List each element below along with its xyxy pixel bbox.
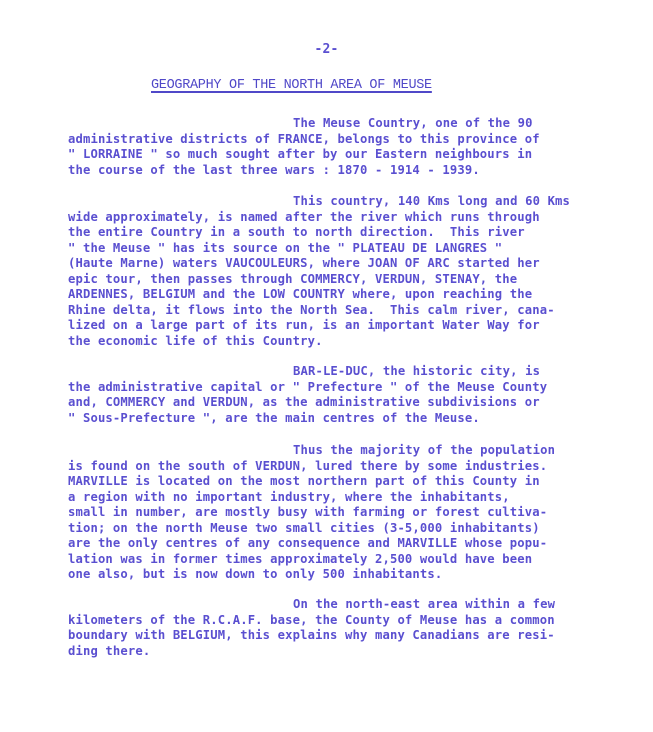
text-line: are the only centres of any consequence … [68,536,588,552]
text-line: tion; on the north Meuse two small citie… [68,521,588,537]
text-line: " Sous-Prefecture ", are the main centre… [68,411,588,427]
text-line: administrative districts of FRANCE, belo… [68,132,588,148]
text-line: Thus the majority of the population [68,443,588,459]
text-line: " the Meuse " has its source on the " PL… [68,241,588,257]
text-line: small in number, are mostly busy with fa… [68,505,588,521]
text-line: MARVILLE is located on the most northern… [68,474,588,490]
text-line: kilometers of the R.C.A.F. base, the Cou… [68,613,588,629]
text-line: ARDENNES, BELGIUM and the LOW COUNTRY wh… [68,287,588,303]
paragraph-river: This country, 140 Kms long and 60 Kms wi… [68,194,588,349]
text-line: the course of the last three wars : 1870… [68,163,588,179]
text-line: the entire Country in a south to north d… [68,225,588,241]
paragraph-rcaf-base: On the north-east area within a few kilo… [68,597,588,659]
paragraph-population: Thus the majority of the population is f… [68,443,588,583]
text-line: epic tour, then passes through COMMERCY,… [68,272,588,288]
text-line: the administrative capital or " Prefectu… [68,380,588,396]
text-line: boundary with BELGIUM, this explains why… [68,628,588,644]
paragraph-meuse-country: The Meuse Country, one of the 90 adminis… [68,116,588,178]
page-number: -2- [0,42,653,57]
paragraph-bar-le-duc: BAR-LE-DUC, the historic city, is the ad… [68,364,588,426]
text-line: a region with no important industry, whe… [68,490,588,506]
text-line: " LORRAINE " so much sought after by our… [68,147,588,163]
text-line: and, COMMERCY and VERDUN, as the adminis… [68,395,588,411]
text-line: is found on the south of VERDUN, lured t… [68,459,588,475]
text-line: ding there. [68,644,588,660]
text-line: (Haute Marne) waters VAUCOULEURS, where … [68,256,588,272]
text-line: The Meuse Country, one of the 90 [68,116,588,132]
text-line: lized on a large part of its run, is an … [68,318,588,334]
text-line: Rhine delta, it flows into the North Sea… [68,303,588,319]
typewritten-page: -2- GEOGRAPHY OF THE NORTH AREA OF MEUSE… [0,0,653,732]
text-line: On the north-east area within a few [68,597,588,613]
text-line: This country, 140 Kms long and 60 Kms [68,194,588,210]
text-line: lation was in former times approximately… [68,552,588,568]
text-line: one also, but is now down to only 500 in… [68,567,588,583]
text-line: wide approximately, is named after the r… [68,210,588,226]
text-line: BAR-LE-DUC, the historic city, is [68,364,588,380]
text-line: the economic life of this Country. [68,334,588,350]
document-heading: GEOGRAPHY OF THE NORTH AREA OF MEUSE [151,78,432,93]
